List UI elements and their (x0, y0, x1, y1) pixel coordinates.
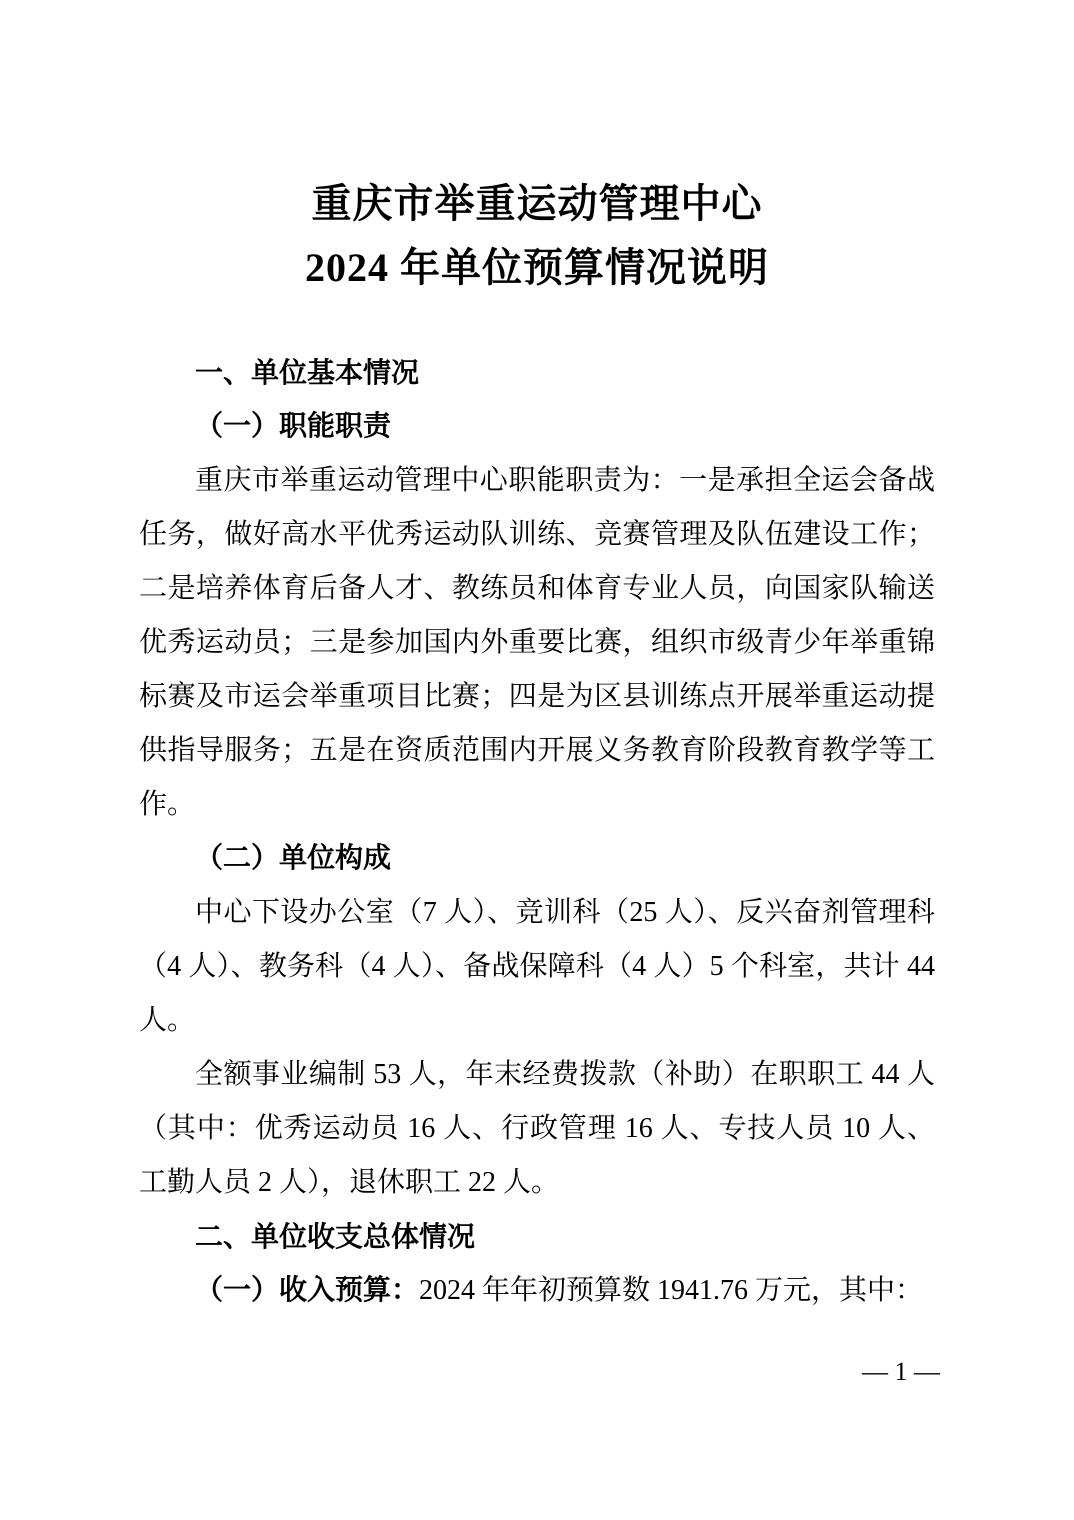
paragraph-duties: 重庆市举重运动管理中心职能职责为：一是承担全运会备战任务，做好高水平优秀运动队训… (139, 454, 935, 832)
subsection-heading-duties: （一）职能职责 (139, 400, 935, 454)
document-page: 重庆市举重运动管理中心 2024 年单位预算情况说明 一、单位基本情况 （一）职… (139, 0, 935, 1520)
subsection-heading-composition: （二）单位构成 (139, 832, 935, 886)
income-budget-label: （一）收入预算： (195, 1275, 419, 1306)
title-line-2: 2024 年单位预算情况说明 (139, 236, 935, 300)
income-budget-text: 2024 年年初预算数 1941.76 万元，其中： (419, 1275, 923, 1306)
document-title: 重庆市举重运动管理中心 2024 年单位预算情况说明 (139, 0, 935, 300)
paragraph-income-budget: （一）收入预算：2024 年年初预算数 1941.76 万元，其中： (139, 1264, 935, 1318)
section-heading-basic-info: 一、单位基本情况 (139, 346, 935, 400)
paragraph-staffing: 全额事业编制 53 人，年末经费拨款（补助）在职职工 44 人（其中：优秀运动员… (139, 1048, 935, 1210)
title-line-1: 重庆市举重运动管理中心 (139, 172, 935, 236)
document-body: 一、单位基本情况 （一）职能职责 重庆市举重运动管理中心职能职责为：一是承担全运… (139, 346, 935, 1318)
page-number: — 1 — (862, 1352, 940, 1392)
section-heading-revenue-expenditure: 二、单位收支总体情况 (139, 1210, 935, 1264)
paragraph-composition: 中心下设办公室（7 人）、竞训科（25 人）、反兴奋剂管理科（4 人）、教务科（… (139, 886, 935, 1048)
